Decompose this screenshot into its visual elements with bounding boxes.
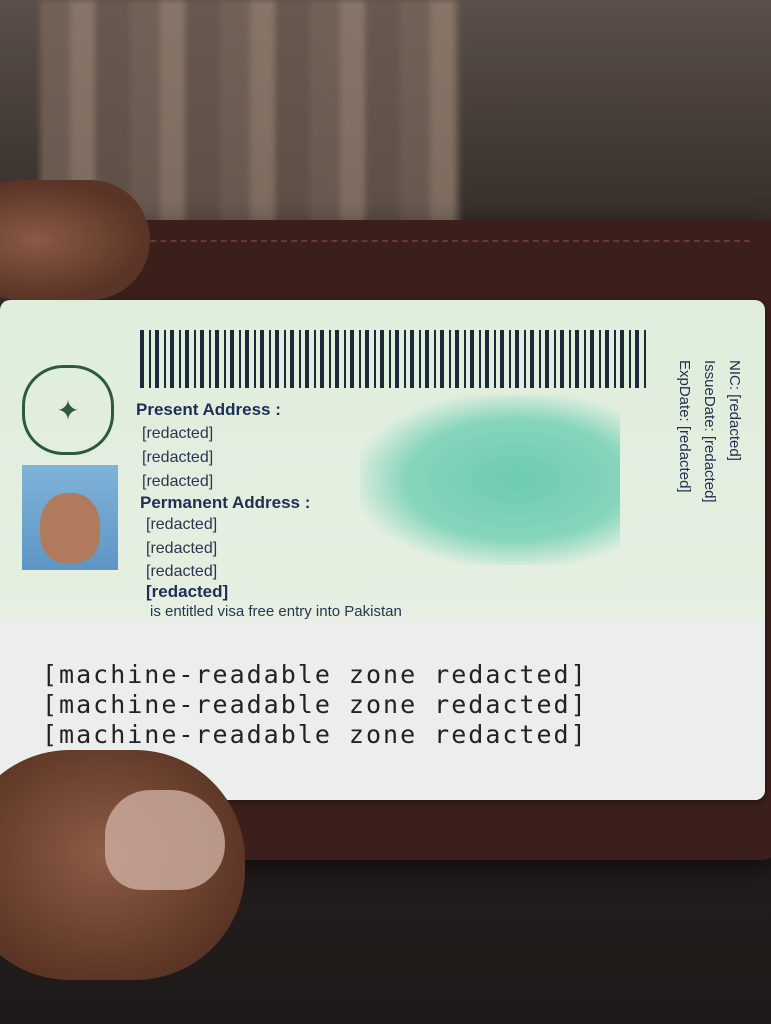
mrz-line-3: [machine-readable zone redacted] (42, 720, 722, 750)
machine-readable-zone: [machine-readable zone redacted] [machin… (42, 660, 722, 750)
expiry-date: ExpDate: [redacted] (676, 360, 693, 610)
finger-top (0, 180, 150, 300)
issue-date: IssueDate: [redacted] (701, 360, 718, 610)
holder-photo (22, 465, 118, 570)
barcode (140, 330, 650, 388)
wallet-stitching (90, 240, 750, 242)
mrz-line-1: [machine-readable zone redacted] (42, 660, 722, 690)
identity-card: ✦ Present Address : [redacted] [redacted… (0, 300, 765, 800)
holder-name: [redacted] (146, 582, 228, 602)
permanent-address-label: Permanent Address : (140, 493, 310, 513)
flag-watermark (360, 395, 620, 565)
present-address-line-2: [redacted] (142, 448, 213, 467)
thumbnail (105, 790, 225, 890)
card-number-dates: ExpDate: [redacted] IssueDate: [redacted… (653, 360, 743, 610)
mrz-line-2: [machine-readable zone redacted] (42, 690, 722, 720)
present-address-line-1: [redacted] (142, 424, 213, 443)
state-emblem-icon: ✦ (22, 365, 114, 455)
present-address-line-3: [redacted] (142, 472, 213, 491)
photo-silhouette (40, 493, 100, 563)
present-address-label: Present Address : (136, 400, 281, 420)
permanent-address-line-3: [redacted] (146, 562, 217, 581)
entitlement-text: is entitled visa free entry into Pakista… (150, 602, 402, 621)
card-number: NIC: [redacted] (726, 360, 743, 610)
permanent-address-line-1: [redacted] (146, 515, 217, 534)
permanent-address-line-2: [redacted] (146, 539, 217, 558)
